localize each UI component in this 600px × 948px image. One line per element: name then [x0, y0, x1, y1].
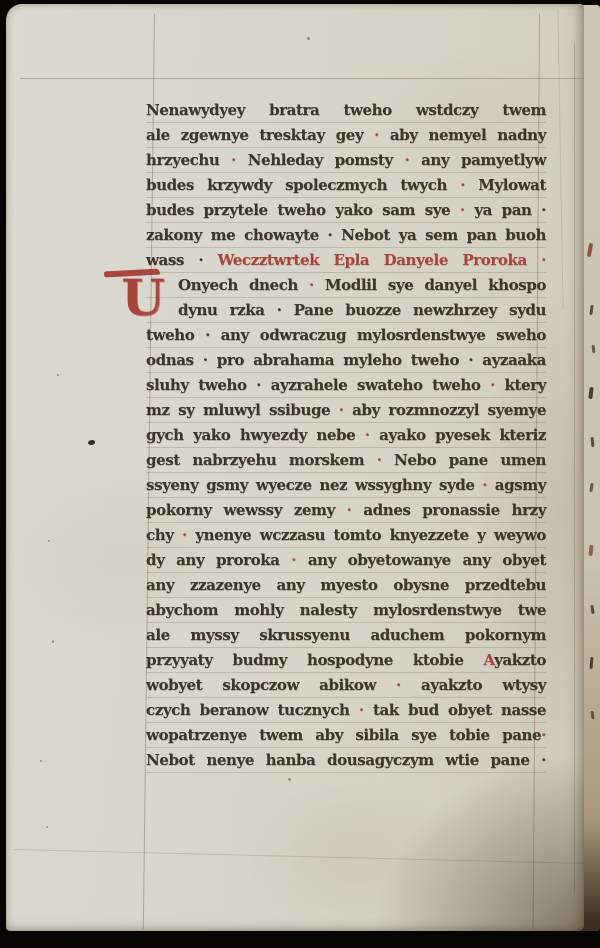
speck	[40, 760, 42, 762]
text-segment: czych beranow tucznych	[146, 701, 359, 719]
manuscript-line: hrzyechu · Nehleday pomsty · any pamyetl…	[146, 148, 546, 173]
manuscript-line: sluhy tweho · ayzrahele swateho tweho · …	[146, 373, 546, 398]
manuscript-photo: Nenawydyey bratra tweho wstdczy twemale …	[0, 0, 600, 948]
text-segment: Modlil sye danyel khospo	[314, 276, 546, 294]
text-segment: gest nabrzyehu morskem	[146, 451, 377, 469]
crease-line-right	[557, 10, 563, 310]
text-segment: wass ·	[146, 251, 218, 269]
rubric-segment: A	[483, 651, 494, 669]
bleed-mark	[588, 387, 593, 399]
text-segment: any pamyetlyw	[409, 151, 546, 169]
text-segment: Nenawydyey bratra tweho wstdczy twem	[146, 101, 546, 119]
manuscript-line: dy any proroka · any obyetowanye any oby…	[146, 548, 546, 573]
manuscript-line: ale myssy skrussyenu aduchem pokornym	[146, 623, 546, 648]
bleed-mark	[589, 483, 593, 492]
manuscript-line: czych beranow tucznych · tak bud obyet n…	[146, 698, 546, 723]
text-segment: dy any proroka	[146, 551, 291, 569]
text-segment: gych yako hwyezdy nebe	[146, 426, 365, 444]
manuscript-line: mz sy mluwyl ssibuge · aby rozmnozzyl sy…	[146, 398, 546, 423]
manuscript-line: budes krzywdy spoleczmych twych · Mylowa…	[146, 173, 546, 198]
text-segment: aby nemyel nadny	[379, 126, 546, 144]
text-segment: any zzazenye any myesto obysne przedtebu	[146, 576, 546, 594]
manuscript-line: Nenawydyey bratra tweho wstdczy twem	[146, 98, 546, 123]
ink-blot	[88, 440, 95, 445]
manuscript-line: pokorny wewssy zemy · adnes pronassie hr…	[146, 498, 546, 523]
speck	[307, 37, 310, 40]
text-segment: Nehleday pomsty	[236, 151, 405, 169]
text-segment: aby rozmnozzyl syemye	[344, 401, 546, 419]
text-segment: ale zgewnye tresktay gey	[146, 126, 374, 144]
text-segment: ssyeny gsmy wyecze nez wssyghny syde	[146, 476, 482, 494]
corner-shadow	[344, 731, 584, 931]
text-segment: chy	[146, 526, 182, 544]
manuscript-line: przyyaty budmy hospodyne ktobie Ayakzto	[146, 648, 546, 673]
speck	[57, 374, 59, 376]
text-segment: ktery	[495, 376, 546, 394]
manuscript-line: Onyech dnech · Modlil sye danyel khospo	[146, 273, 546, 298]
manuscript-line: dynu rzka · Pane buozze newzhrzey sydu	[146, 298, 546, 323]
rubric-segment: Weczztwrtek Epla Danyele Proroka ·	[218, 251, 546, 269]
speck	[52, 640, 54, 643]
text-segment: any obyetowanye any obyet	[296, 551, 546, 569]
text-segment: Nebo pane umen	[382, 451, 546, 469]
bleed-mark	[590, 605, 594, 614]
bleed-mark	[592, 345, 596, 353]
text-segment: yakzto	[494, 651, 546, 669]
text-segment: ayakzto wtysy	[401, 676, 546, 694]
manuscript-line: wobyet skopczow abikow · ayakzto wtysy	[146, 673, 546, 698]
manuscript-line: wass · Weczztwrtek Epla Danyele Proroka …	[146, 248, 546, 273]
manuscript-line: odnas · pro abrahama myleho tweho · ayza…	[146, 348, 546, 373]
bleed-mark	[589, 305, 593, 315]
text-segment: Onyech dnech	[178, 276, 309, 294]
text-segment: agsmy	[487, 476, 546, 494]
bleed-mark	[590, 711, 594, 719]
manuscript-line: gych yako hwyezdy nebe · ayako pyesek kt…	[146, 423, 546, 448]
bleed-mark	[591, 437, 595, 447]
speck	[288, 778, 291, 781]
text-segment: ayako pyesek kteriz	[370, 426, 546, 444]
text-segment: ynenye wczzasu tomto knyezzete y weywo	[187, 526, 546, 544]
text-segment: ale myssy skrussyenu aduchem pokornym	[146, 626, 546, 644]
text-segment: dynu rzka · Pane buozze newzhrzey sydu	[178, 301, 546, 319]
manuscript-line: chy · ynenye wczzasu tomto knyezzete y w…	[146, 523, 546, 548]
manuscript-line: ssyeny gsmy wyecze nez wssyghny syde · a…	[146, 473, 546, 498]
text-segment: tak bud obyet nasse	[364, 701, 546, 719]
bleed-mark	[587, 243, 593, 257]
text-segment: tweho · any odwraczug mylosrdenstwye swe…	[146, 326, 546, 344]
manuscript-line: abychom mohly nalesty mylosrdenstwye twe	[146, 598, 546, 623]
speck	[48, 540, 50, 542]
text-segment: mz sy mluwyl ssibuge	[146, 401, 339, 419]
manuscript-line: tweho · any odwraczug mylosrdenstwye swe…	[146, 323, 546, 348]
text-segment: hrzyechu	[146, 151, 231, 169]
text-segment: abychom mohly nalesty mylosrdenstwye twe	[146, 601, 546, 619]
bleed-mark	[588, 545, 593, 556]
text-segment: budes przytele tweho yako sam sye	[146, 201, 460, 219]
text-segment: budes krzywdy spoleczmych twych	[146, 176, 460, 194]
bleed-mark	[589, 657, 593, 669]
text-segment: sluhy tweho · ayzrahele swateho tweho	[146, 376, 490, 394]
text-segment: pokorny wewssy zemy	[146, 501, 347, 519]
manuscript-line: ale zgewnye tresktay gey · aby nemyel na…	[146, 123, 546, 148]
text-segment: ya pan ·	[465, 201, 546, 219]
text-segment: adnes pronassie hrzy	[351, 501, 546, 519]
illuminated-initial: U	[118, 272, 168, 326]
manuscript-line: gest nabrzyehu morskem · Nebo pane umen	[146, 448, 546, 473]
text-block: Nenawydyey bratra tweho wstdczy twemale …	[146, 98, 546, 773]
manuscript-page: Nenawydyey bratra tweho wstdczy twemale …	[6, 4, 584, 931]
text-segment: wobyet skopczow abikow	[146, 676, 396, 694]
manuscript-line: budes przytele tweho yako sam sye · ya p…	[146, 198, 546, 223]
ruling-line-horizontal-top	[20, 78, 584, 79]
text-segment: przyyaty budmy hospodyne ktobie	[146, 651, 483, 669]
speck	[46, 826, 48, 828]
manuscript-line: zakony me chowayte · Nebot ya sem pan bu…	[146, 223, 546, 248]
manuscript-line: any zzazenye any myesto obysne przedtebu	[146, 573, 546, 598]
text-segment: Mylowat	[465, 176, 546, 194]
text-segment: odnas · pro abrahama myleho tweho · ayza…	[146, 351, 546, 369]
text-segment: zakony me chowayte · Nebot ya sem pan bu…	[146, 226, 546, 244]
